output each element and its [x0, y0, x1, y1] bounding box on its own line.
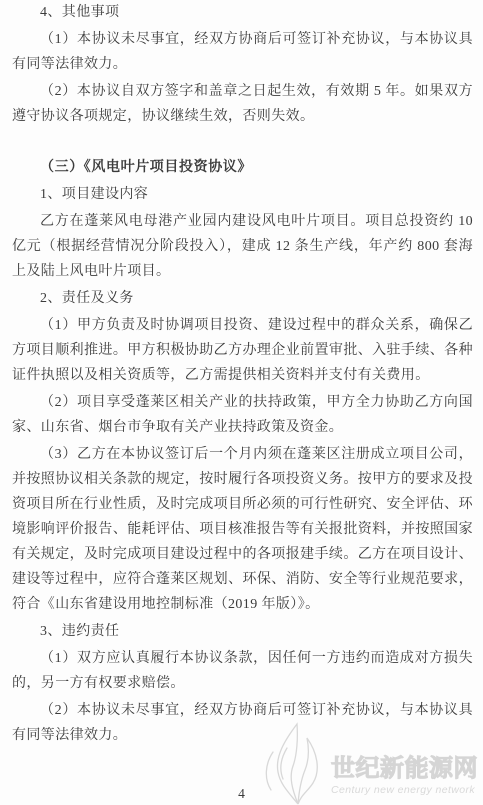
page-number: 4 [0, 786, 483, 802]
paragraph: （1）双方应认真履行本协议条款，因任何一方违约而造成对方损失的，另一方有权要求赔… [12, 646, 473, 696]
list-item-2-responsibilities: 2、责任及义务 [12, 286, 473, 311]
paragraph: （1）甲方负责及时协调项目投资、建设过程中的群众关系，确保乙方项目顺利推进。甲方… [12, 313, 473, 388]
section-heading-agreement-title: （三）《风电叶片项目投资协议》 [12, 155, 473, 180]
paragraph: （3）乙方在本协议签订后一个月内须在蓬莱区注册成立项目公司，并按照协议相关条款的… [12, 442, 473, 617]
paragraph: （2）本协议未尽事宜，经双方协商后可签订补充协议，与本协议具有同等法律效力。 [12, 698, 473, 748]
paragraph: 乙方在蓬莱风电母港产业园内建设风电叶片项目。项目总投资约 10 亿元（根据经营情… [12, 209, 473, 284]
list-item-1-construction-content: 1、项目建设内容 [12, 182, 473, 207]
watermark-title: 世纪新能源网 [331, 748, 478, 783]
paragraph: （2）本协议自双方签字和盖章之日起生效，有效期 5 年。如果双方遵守协议各项规定… [12, 79, 473, 129]
document-page: 4、其他事项 （1）本协议未尽事宜，经双方协商后可签订补充协议，与本协议具有同等… [0, 0, 483, 805]
list-item-3-breach-liability: 3、违约责任 [12, 619, 473, 644]
paragraph: （2）项目享受蓬莱区相关产业的扶持政策，甲方全力协助乙方向国家、山东省、烟台市争… [12, 390, 473, 440]
list-item-4-other-matters: 4、其他事项 [12, 0, 473, 25]
document-body: 4、其他事项 （1）本协议未尽事宜，经双方协商后可签订补充协议，与本协议具有同等… [12, 0, 473, 750]
paragraph: （1）本协议未尽事宜，经双方协商后可签订补充协议，与本协议具有同等法律效力。 [12, 27, 473, 77]
